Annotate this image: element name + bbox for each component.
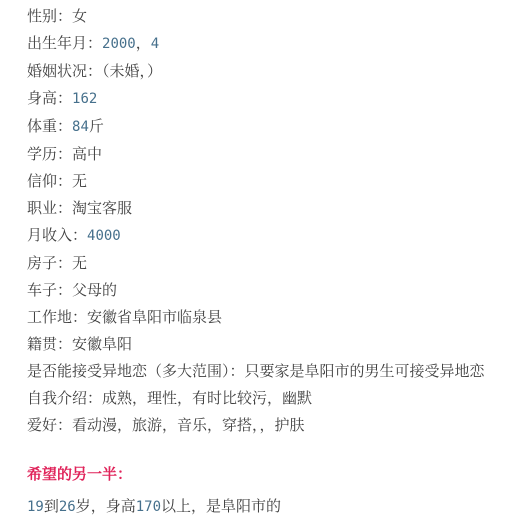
wish-detail: 19到26岁，身高170以上，是阜阳市的 (27, 493, 505, 516)
profile-line-occupation: 职业：淘宝客服 (27, 195, 505, 222)
profile-line-gender: 性别：女 (27, 3, 505, 30)
profile-line-house: 房子：无 (27, 250, 505, 277)
wish-heading: 希望的另一半： (27, 461, 505, 488)
profile-line-hometown: 籍贯：安徽阜阳 (27, 331, 505, 358)
profile-details: 性别：女 出生年月：2000，4 婚姻状况：（未婚，） 身高：162 体重：84… (27, 3, 505, 439)
profile-line-weight: 体重：84斤 (27, 113, 505, 141)
profile-line-long-distance: 是否能接受异地恋（多大范围）：只要家是阜阳市的男生可接受异地恋 (27, 358, 505, 385)
profile-page: 性别：女 出生年月：2000，4 婚姻状况：（未婚，） 身高：162 体重：84… (0, 0, 515, 516)
profile-line-car: 车子：父母的 (27, 277, 505, 304)
profile-line-education: 学历：高中 (27, 141, 505, 168)
profile-line-income: 月收入：4000 (27, 222, 505, 250)
profile-line-hobbies: 爱好：看动漫，旅游，音乐，穿搭，，护肤 (27, 412, 505, 439)
profile-line-marital: 婚姻状况：（未婚，） (27, 58, 505, 85)
profile-line-self-intro: 自我介绍：成熟，理性，有时比较污，幽默 (27, 385, 505, 412)
profile-line-work-location: 工作地：安徽省阜阳市临泉县 (27, 304, 505, 331)
profile-line-birth: 出生年月：2000，4 (27, 30, 505, 58)
profile-line-height: 身高：162 (27, 85, 505, 113)
wish-section: 希望的另一半： 19到26岁，身高170以上，是阜阳市的 (27, 461, 505, 516)
profile-line-religion: 信仰：无 (27, 168, 505, 195)
